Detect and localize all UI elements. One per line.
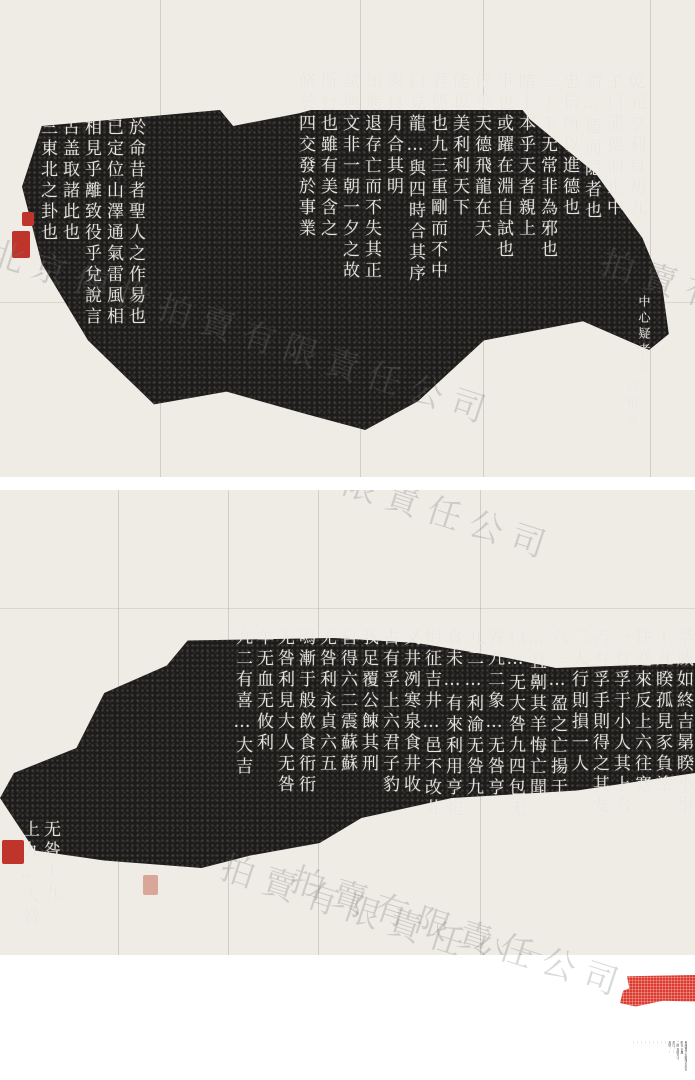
inscription-column: 孚威如終吉晜睽小事 (674, 628, 691, 820)
inscription-column: 謂…德而隱者也 (582, 72, 599, 285)
inscription-column: 君德也九三重剛而不中 (428, 72, 445, 285)
inscription-column: 忠信所以進德也 (560, 72, 577, 285)
inscription-column: 事也或躍在淵自試也 (494, 72, 511, 285)
inscription-column: 知進退存亡而不失其正 (362, 72, 379, 285)
inscription-column: 二人行則損一人 (569, 628, 586, 820)
caption-line: 說明：… (668, 1041, 671, 1071)
inscription-column: 无咎上九 (41, 820, 58, 928)
inscription-column: 羊无血无攸利 (254, 628, 271, 820)
watermark-text: 北京傳世拍賣有限責任公司 (45, 490, 562, 570)
paper-fold-line (0, 608, 695, 609)
red-rubbing-thumbnail (620, 972, 695, 1008)
caption-line: … (660, 1041, 663, 1071)
rubbing-photo-top: 乾元亨利貞初九 子曰龍德而正中 謂…德而隱者也 忠信所以進德也 三上下无常非為邪… (0, 0, 695, 477)
collector-seal-faded (143, 875, 158, 895)
inscription-column: 又井冽寒泉食井收 (401, 628, 418, 820)
inscription-columns-tail: 无咎上九 上九…大咎 (20, 820, 58, 928)
inscription-column: 能以美利利天下 (450, 72, 467, 285)
inscription-columns-edge: 中心疑者其 (638, 295, 650, 375)
paper-fold-line (650, 0, 651, 477)
inscription-column: 上九…大咎 (20, 820, 37, 928)
inscription-column: 谷九二象…无咎亨 (485, 628, 502, 820)
inscription-column: 自得六二震蘇蘇 (338, 628, 355, 820)
inscription-column: 曰見龍…與四時合其序 (406, 72, 423, 285)
inscription-column: 无咎利永貞六五 (317, 628, 334, 820)
caption-line: 東漢熹平石經殘石拓本 (684, 1041, 687, 1071)
inscription-column: 三東北之卦也 (38, 118, 55, 328)
caption-line: 二開 每開尺寸 (676, 1041, 679, 1071)
inscription-column: 於命昔者聖人之作易也 (126, 118, 143, 328)
inscription-columns-right: 乾元亨利貞初九 子曰龍德而正中 謂…德而隱者也 忠信所以進德也 三上下无常非為邪… (296, 72, 643, 285)
inscription-column: 試與文非一朝一夕之故 (340, 72, 357, 285)
inscription-column: 吉有孚手則得之其友 (590, 628, 607, 820)
inscription-column: 鳴漸于般飲食衎衎 (296, 628, 313, 820)
inscription-column: 无咎利見大人无咎 (275, 628, 292, 820)
caption-line: … (656, 1041, 659, 1071)
inscription-column: 六二…盈之亡揚于 (548, 628, 565, 820)
caption-line: … (664, 1041, 667, 1071)
inscription-column: 位乎天德飛龍在天 (472, 72, 489, 285)
inscription-column: 與日月合其明 (384, 72, 401, 285)
inscription-columns-left: 於命昔者聖人之作易也 已定位山澤通氣雷風相 相見乎離致役乎兌說言 占盖取諸此也 … (38, 118, 143, 328)
inscription-columns: 孚威如終吉晜睽小事 上九睽孤見豕負塗 往蹇來反上六往蹇 一有孚于小人其上六 吉有… (233, 628, 691, 820)
caption-line: … (648, 1041, 651, 1071)
inscription-column: 九二有喜…大吉 (233, 628, 250, 820)
rubbing-photo-bottom: 孚威如終吉晜睽小事 上九睽孤見豕負塗 往蹇來反上六往蹇 一有孚于小人其上六 吉有… (0, 490, 695, 955)
inscription-column: 往蹇來反上六往蹇 (632, 628, 649, 820)
caption-line: … (636, 1041, 639, 1071)
inscription-column: 九二…利渝无咎九 (464, 628, 481, 820)
inscription-columns-edge: 以精言 (626, 380, 638, 428)
inscription-column: 我足覆公餗其刑 (359, 628, 376, 820)
inscription-column: 子曰龍德而正中 (604, 72, 621, 285)
inscription-column: 曰…无大咎九四包无 (506, 628, 523, 820)
inscription-column: 古有孚上六君子豹 (380, 628, 397, 820)
inscription-column: 以精言 (626, 380, 638, 428)
inscription-column: 所行也雖有美含之 (318, 72, 335, 285)
inscription-column: 占盖取諸此也 (60, 118, 77, 328)
collector-seal-square-left (2, 840, 24, 864)
inscription-column: 相見乎離致役乎兌說言 (82, 118, 99, 328)
caption-line: 鈐印：… (672, 1041, 675, 1071)
caption-line: … (644, 1041, 647, 1071)
inscription-column: 乾元亨利貞初九 (626, 72, 643, 285)
caption-block: 東漢熹平石經殘石拓本 紙本 水墨 二開 每開尺寸 鈐印：… 說明：… … … …… (615, 1041, 687, 1073)
caption-line: … (632, 1041, 635, 1071)
collector-seal-square (12, 231, 30, 258)
inscription-column: 脩於四交發於事業 (296, 72, 313, 285)
inscription-column: …且劓其羊悔亡聞 (527, 628, 544, 820)
caption-line: 紙本 水墨 (680, 1041, 683, 1071)
caption-line: … (652, 1041, 655, 1071)
inscription-column: 悔征吉井…邑不改井 (422, 628, 439, 820)
inscription-column: 三上下无常非為邪也 (538, 72, 555, 285)
inscription-column: 一有孚于小人其上六 (611, 628, 628, 820)
watermark-text: 拍賣有限責任公司 (215, 840, 565, 955)
inscription-column: 已定位山澤通氣雷風相 (104, 118, 121, 328)
inscription-column: 睹上本乎天者親上 (516, 72, 533, 285)
collector-seal-small (22, 212, 34, 226)
inscription-column: 食未…有來利用亨祀 (443, 628, 460, 820)
caption-line: … (640, 1041, 643, 1071)
inscription-column: 中心疑者其 (638, 295, 650, 375)
inscription-column: 上九睽孤見豕負塗 (653, 628, 670, 820)
